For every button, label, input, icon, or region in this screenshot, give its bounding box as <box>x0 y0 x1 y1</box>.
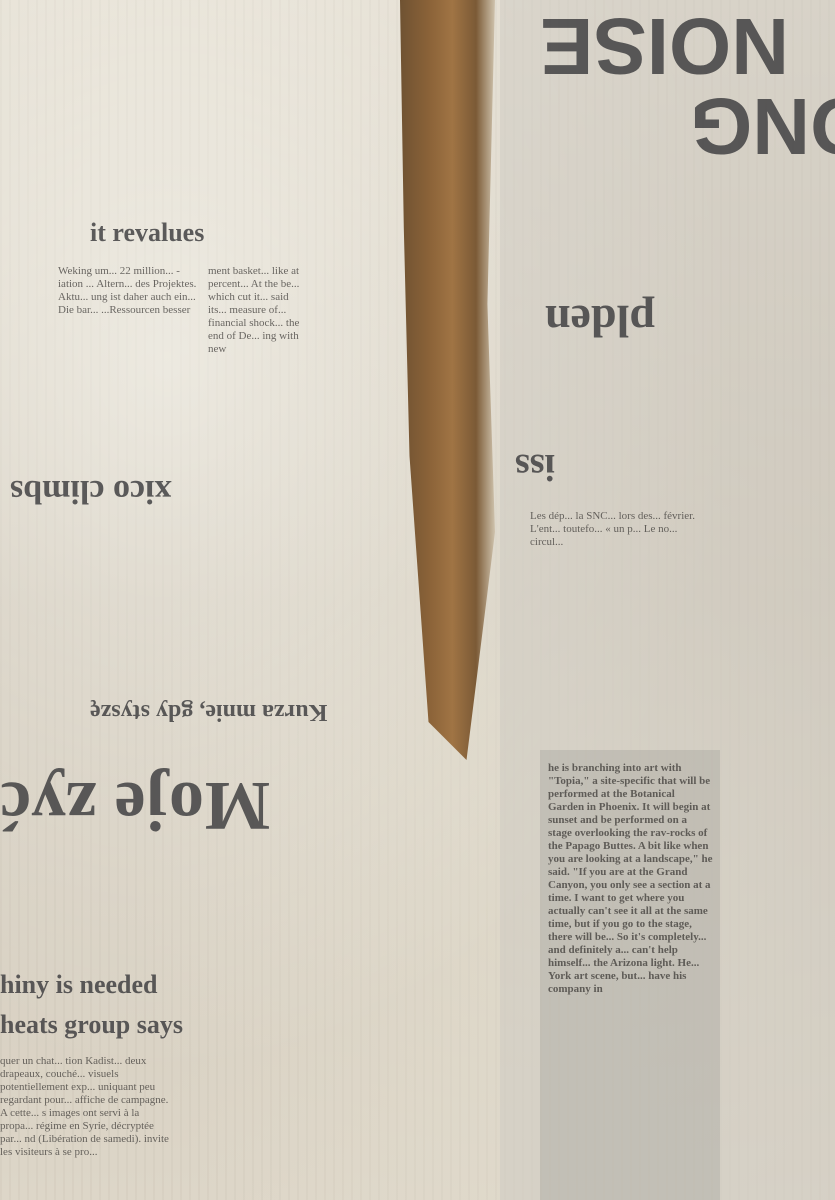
headline-top-right-2: ONG <box>690 80 835 172</box>
headline-left-big: Moje zyć <box>0 765 270 845</box>
headline-left-1: it revalues <box>90 218 204 248</box>
headline-right-2: iss <box>515 445 555 489</box>
french-column: Les dép... la SNC... lors des... février… <box>530 510 700 549</box>
headline-left-2: xico climbs <box>10 472 171 510</box>
english-mid: ment basket... like at percent... At the… <box>208 265 308 356</box>
headline-bottom-2: heats group says <box>0 1010 183 1040</box>
headline-right-1: plden <box>545 295 655 348</box>
german-column: Weking um... 22 million... -iation ... A… <box>58 265 198 317</box>
headline-bottom-1: hiny is needed <box>0 970 158 1000</box>
headline-left-3: Kurza mnie, gdy styszę <box>90 698 327 725</box>
english-column: he is branching into art with "Topia," a… <box>548 762 713 996</box>
headline-top-right: NOISE <box>540 0 789 92</box>
french-bottom: quer un chat... tion Kadist... deux drap… <box>0 1055 175 1159</box>
